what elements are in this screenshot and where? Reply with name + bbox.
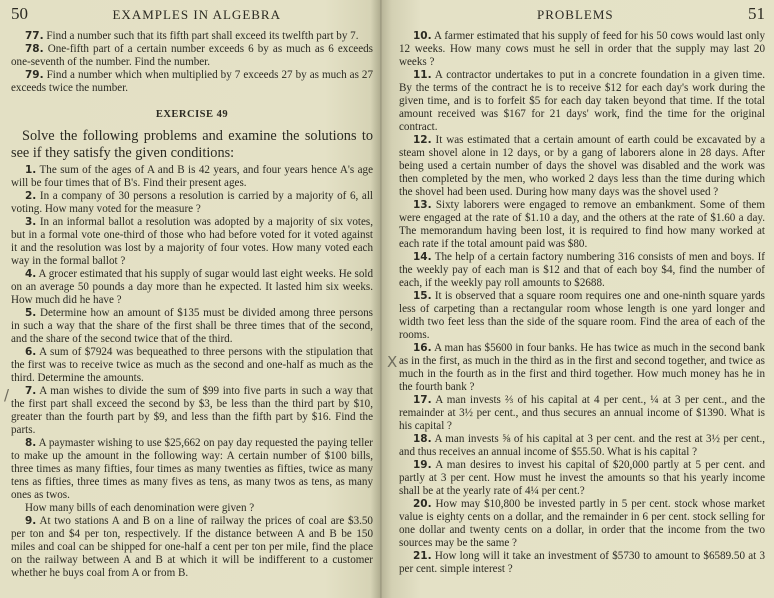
problem-79: 79. Find a number which when multiplied … [11,69,373,95]
problem-5: 5. Determine how an amount of $135 must … [11,307,373,346]
problem-20: 20. How may $10,800 be invested partly i… [399,498,765,550]
running-head-title: EXAMPLES IN ALGEBRA [112,7,281,23]
pencil-check-mark: / [4,386,9,404]
left-page: 50 EXAMPLES IN ALGEBRA 77. Find a number… [0,0,382,598]
page-number: 50 [11,4,28,24]
problem-4: 4. A grocer estimated that his supply of… [11,268,373,307]
problem-10: 10. A farmer estimated that his supply o… [399,30,765,69]
pencil-x-mark: X [387,353,397,371]
problem-9: 9. At two stations A and B on a line of … [11,515,373,580]
problem-8-question: How many bills of each denomination were… [11,502,373,515]
problem-18: 18. A man invests ⅝ of his capital at 3 … [399,433,765,459]
problem-21: 21. How long will it take an investment … [399,550,765,576]
running-head-title: PROBLEMS [537,7,614,23]
problem-14: 14. The help of a certain factory number… [399,251,765,290]
problem-77: 77. Find a number such that its fifth pa… [11,30,373,43]
problem-7: 7. A man wishes to divide the sum of $99… [11,385,373,437]
book-spread: 50 EXAMPLES IN ALGEBRA 77. Find a number… [0,0,774,598]
page-number: 51 [748,4,765,24]
problem-12: 12. It was estimated that a certain amou… [399,134,765,199]
problem-3: 3. In an informal ballot a resolution wa… [11,216,373,268]
problem-11: 11. A contractor undertakes to put in a … [399,69,765,134]
problem-17: 17. A man invests ⅔ of his capital at 4 … [399,394,765,433]
problem-19: 19. A man desires to invest his capital … [399,459,765,498]
problem-2: 2. In a company of 30 persons a resoluti… [11,190,373,216]
left-running-head: 50 EXAMPLES IN ALGEBRA [11,4,373,26]
exercise-intro: Solve the following problems and examine… [11,128,373,162]
problem-15: 15. It is observed that a square room re… [399,290,765,342]
problem-8: 8. A paymaster wishing to use $25,662 on… [11,437,373,502]
problem-16: 16. A man has $5600 in four banks. He ha… [399,342,765,394]
problem-13: 13. Sixty laborers were engaged to remov… [399,199,765,251]
right-page: PROBLEMS 51 10. A farmer estimated that … [382,0,774,598]
problem-78: 78. One-fifth part of a certain number e… [11,43,373,69]
right-running-head: PROBLEMS 51 [399,4,765,26]
problem-1: 1. The sum of the ages of A and B is 42 … [11,164,373,190]
exercise-title: EXERCISE 49 [11,109,373,120]
problem-6: 6. A sum of $7924 was bequeathed to thre… [11,346,373,385]
